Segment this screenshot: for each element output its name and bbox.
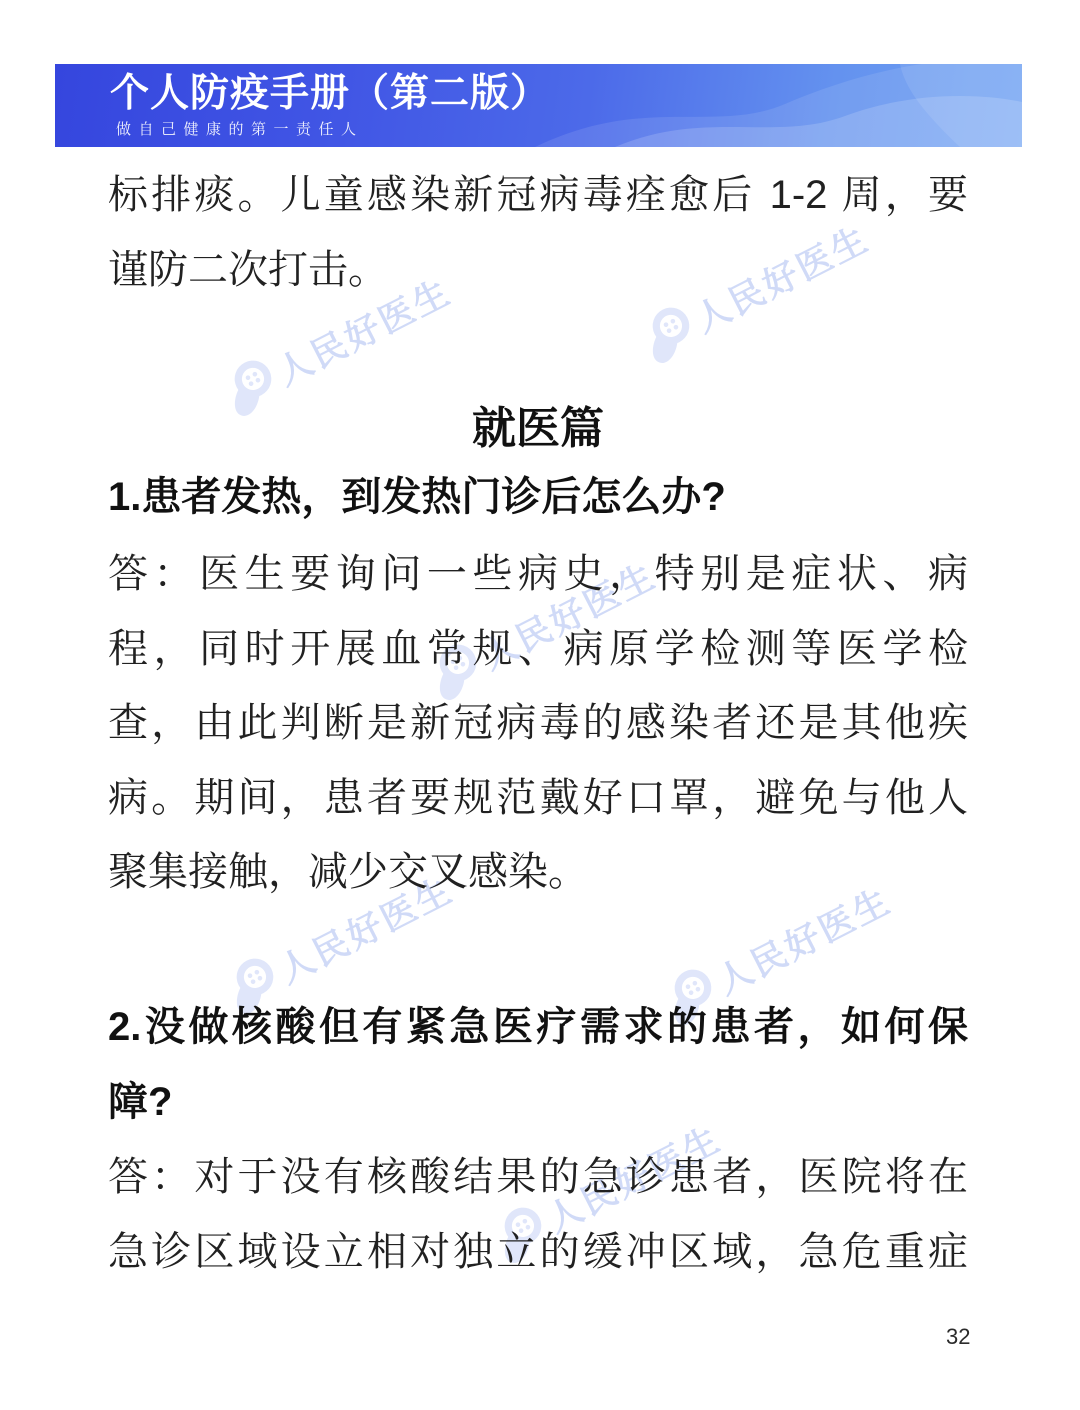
paragraph-continuation: 标排痰。儿童感染新冠病毒痊愈后 1-2 周，要 谨防二次打击。	[108, 158, 968, 307]
answer-1: 答：医生要询问一些病史，特别是症状、病 程，同时开展血常规、病原学检测等医学检 …	[108, 537, 968, 910]
text-line: 程，同时开展血常规、病原学检测等医学检	[108, 612, 968, 687]
manual-page: 个人防疫手册（第二版） 做自己健康的第一责任人 人民好医生 人民好医生	[0, 0, 1080, 1410]
question-line: 2.没做核酸但有紧急医疗需求的患者，如何保	[108, 990, 968, 1065]
text-line: 查，由此判断是新冠病毒的感染者还是其他疾	[108, 686, 968, 761]
page-number: 32	[946, 1324, 970, 1350]
banner-title: 个人防疫手册（第二版）	[110, 72, 550, 116]
text-line: 急诊区域设立相对独立的缓冲区域，急危重症	[108, 1215, 968, 1290]
text-line: 标排痰。儿童感染新冠病毒痊愈后 1-2 周，要	[108, 158, 968, 233]
question-2: 2.没做核酸但有紧急医疗需求的患者，如何保 障?	[108, 990, 968, 1140]
text-line: 聚集接触，减少交叉感染。	[108, 835, 968, 910]
section-heading: 就医篇	[108, 392, 968, 456]
text-line: 答：对于没有核酸结果的急诊患者，医院将在	[108, 1140, 968, 1215]
question-line: 1.患者发热，到发热门诊后怎么办?	[108, 460, 968, 535]
question-1: 1.患者发热，到发热门诊后怎么办?	[108, 460, 968, 535]
answer-2: 答：对于没有核酸结果的急诊患者，医院将在 急诊区域设立相对独立的缓冲区域，急危重…	[108, 1140, 968, 1289]
text-line: 答：医生要询问一些病史，特别是症状、病	[108, 537, 968, 612]
text-line: 谨防二次打击。	[108, 233, 968, 308]
header-banner: 个人防疫手册（第二版） 做自己健康的第一责任人	[55, 64, 1022, 147]
medical-pin-icon	[632, 297, 706, 371]
banner-text-group: 个人防疫手册（第二版） 做自己健康的第一责任人	[110, 72, 550, 139]
question-line: 障?	[108, 1065, 968, 1140]
banner-subtitle: 做自己健康的第一责任人	[116, 118, 550, 139]
text-line: 病。期间，患者要规范戴好口罩，避免与他人	[108, 761, 968, 836]
